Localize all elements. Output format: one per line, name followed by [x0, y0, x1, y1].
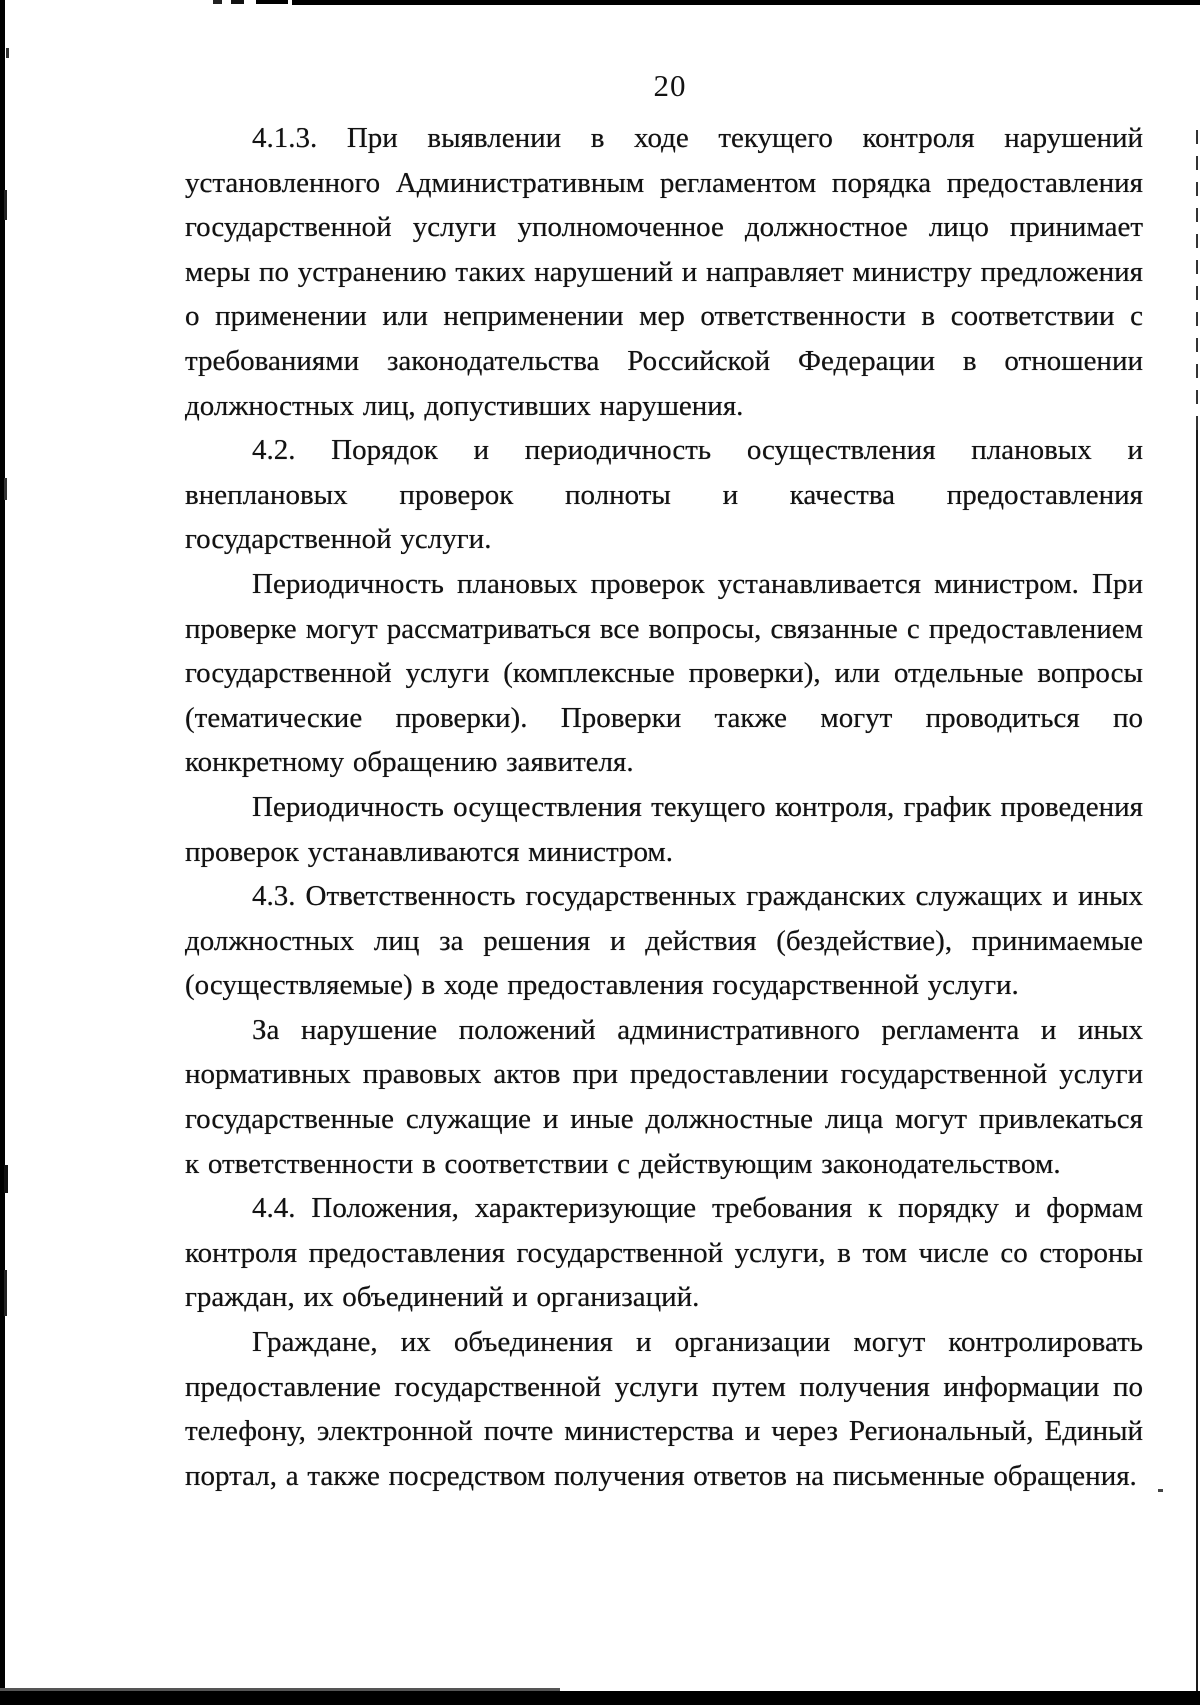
- scan-artifact-speck: [1158, 1489, 1163, 1492]
- document-body: 4.1.3. При выявлении в ходе текущего кон…: [185, 116, 1143, 1498]
- scan-artifact-dash: [213, 0, 222, 4]
- scan-edge-right-line: [1196, 130, 1198, 430]
- paragraph-4-2: 4.2. Порядок и периодичность осуществлен…: [185, 428, 1143, 562]
- scan-artifact-blob: [4, 1270, 7, 1316]
- scan-artifact-dash: [231, 0, 244, 4]
- scan-artifact-blob: [4, 190, 7, 220]
- scan-artifact-blob: [4, 1165, 8, 1193]
- paragraph-4-4: 4.4. Положения, характеризующие требован…: [185, 1186, 1143, 1320]
- scan-edge-bottom-bar: [0, 1691, 1200, 1705]
- scan-artifact-dash: [256, 0, 288, 4]
- scan-artifact-blob: [4, 478, 7, 500]
- paragraph-4-3: 4.3. Ответственность государственных гра…: [185, 874, 1143, 1008]
- scanned-document-page: 20 4.1.3. При выявлении в ходе текущего …: [0, 0, 1200, 1705]
- paragraph-za-narushenie: За нарушение положений административного…: [185, 1008, 1143, 1186]
- scan-edge-right-line: [1196, 430, 1198, 1705]
- scan-edge-top-bar: [292, 0, 1200, 5]
- paragraph-4-1-3: 4.1.3. При выявлении в ходе текущего кон…: [185, 116, 1143, 428]
- page-number: 20: [600, 68, 740, 104]
- paragraph-grazhdane: Граждане, их объединения и организации м…: [185, 1320, 1143, 1498]
- paragraph-periodichnost-tekushchego: Периодичность осуществления текущего кон…: [185, 785, 1143, 874]
- paragraph-periodichnost-planovyh: Периодичность плановых проверок устанавл…: [185, 562, 1143, 785]
- scan-edge-left-bar: [0, 0, 5, 1705]
- scan-artifact-speck: [6, 48, 9, 58]
